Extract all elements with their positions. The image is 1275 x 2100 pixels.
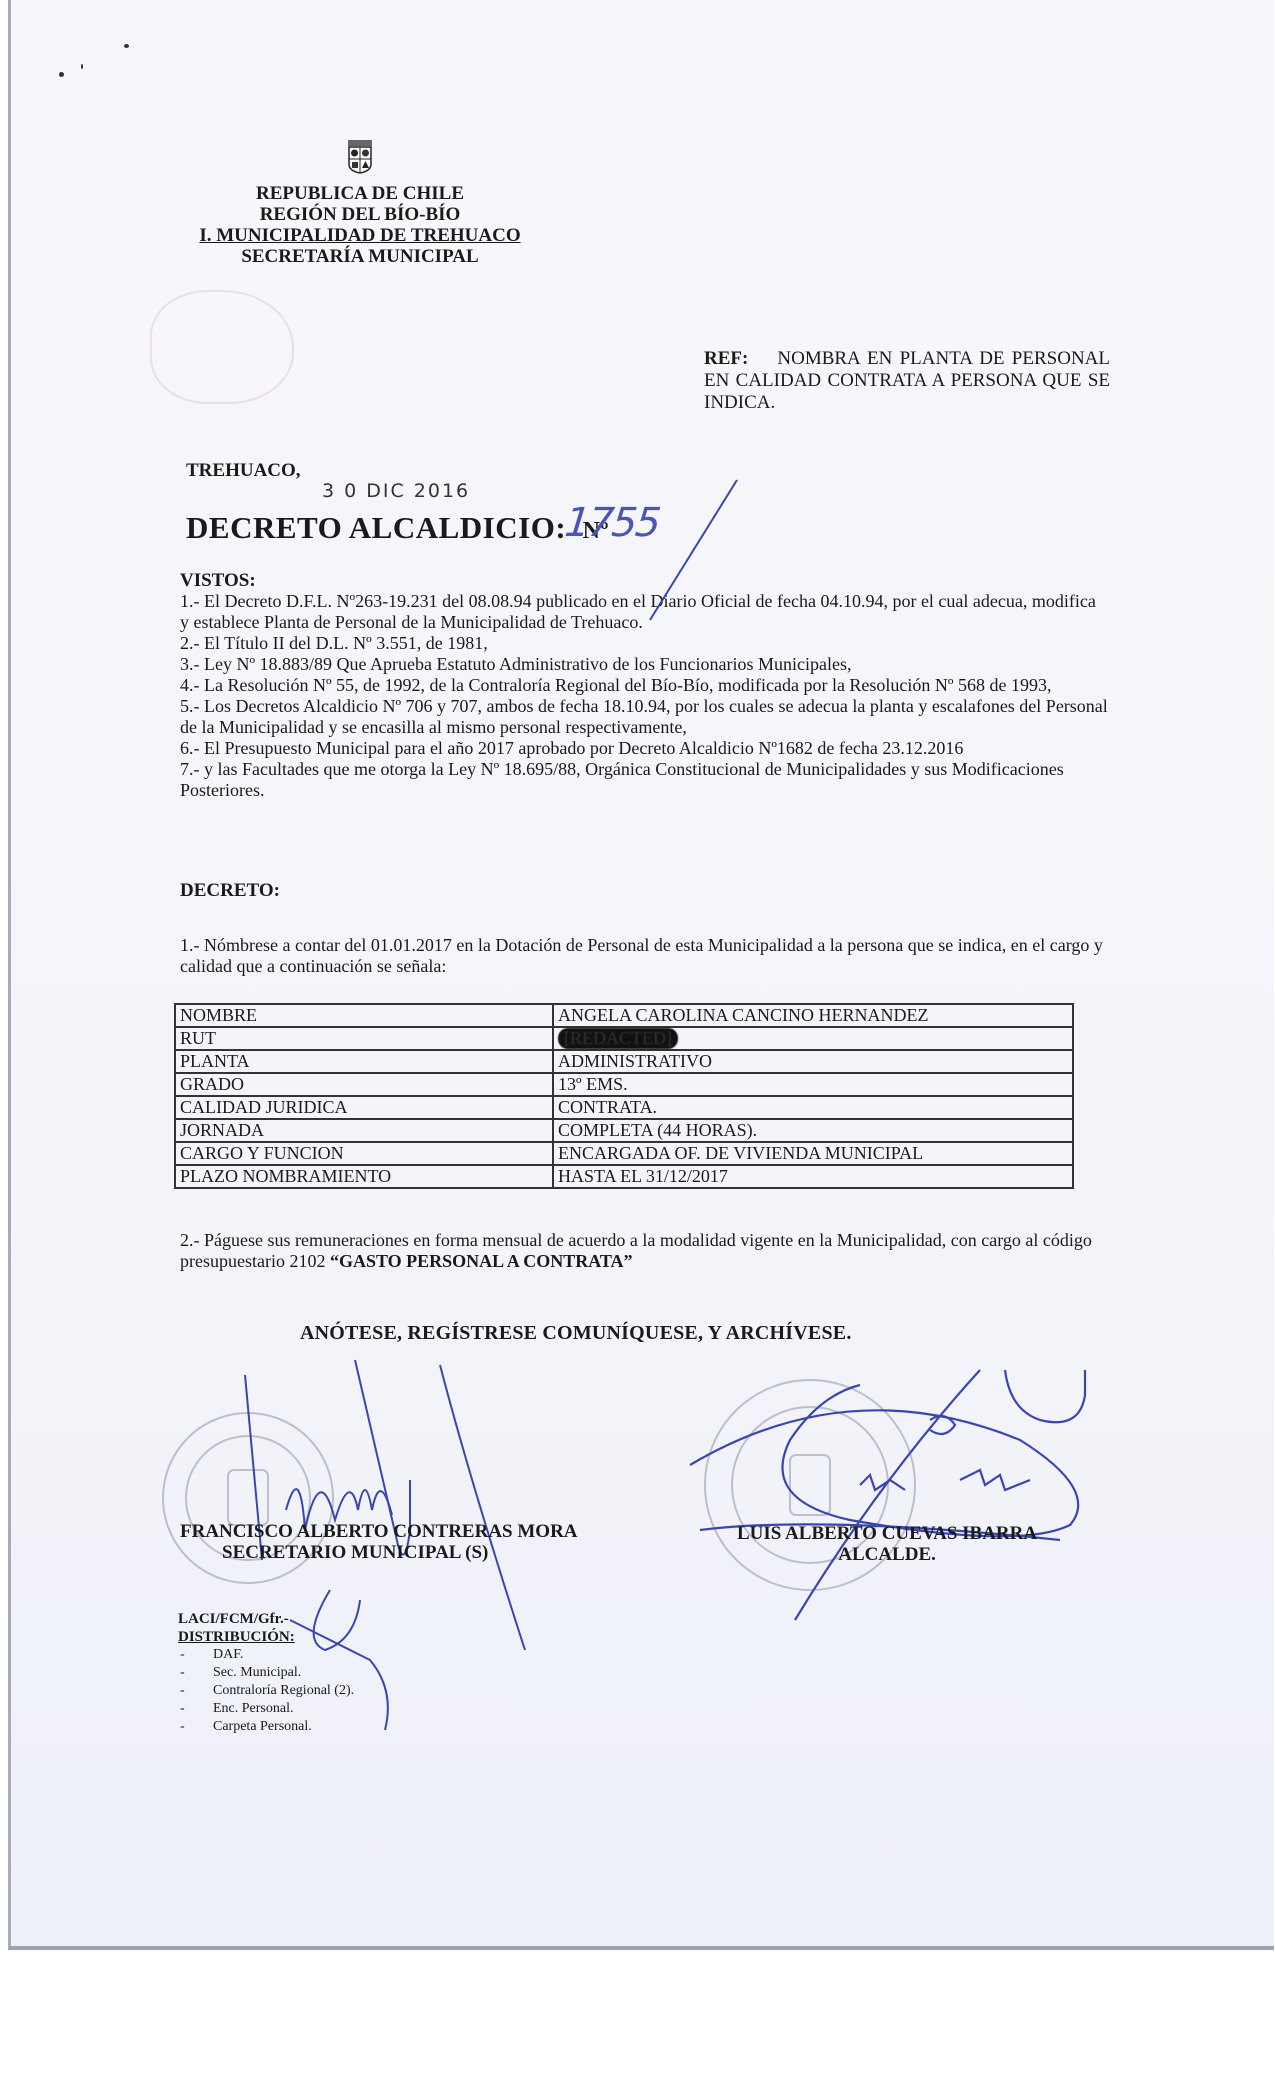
field-label: JORNADA: [175, 1119, 553, 1142]
field-label: CALIDAD JURIDICA: [175, 1096, 553, 1119]
decreto-title: DECRETO:: [180, 880, 1108, 901]
vistos-item: 4.- La Resolución Nº 55, de 1992, de la …: [180, 675, 1108, 696]
field-value: ANGELA CAROLINA CANCINO HERNANDEZ: [553, 1004, 1073, 1027]
header-line: SECRETARÍA MUNICIPAL: [150, 246, 570, 267]
mayor-title: ALCALDE.: [737, 1544, 1037, 1565]
table-row: JORNADACOMPLETA (44 HORAS).: [175, 1119, 1073, 1142]
field-value: ADMINISTRATIVO: [553, 1050, 1073, 1073]
closing-formula: ANÓTESE, REGÍSTRESE COMUNÍQUESE, Y ARCHÍ…: [300, 1322, 852, 1345]
distribution-item: DAF.: [178, 1646, 354, 1664]
field-value: [REDACTED]: [553, 1027, 1073, 1050]
field-value: 13º EMS.: [553, 1073, 1073, 1096]
decree-title: DECRETO ALCALDICIO: Nº: [186, 510, 609, 546]
vistos-item: 2.- El Título II del D.L. Nº 3.551, de 1…: [180, 633, 1108, 654]
vistos-item: 5.- Los Decretos Alcaldicio Nº 706 y 707…: [180, 696, 1108, 738]
field-value: HASTA EL 31/12/2017: [553, 1165, 1073, 1188]
vistos-section: VISTOS: 1.- El Decreto D.F.L. Nº263-19.2…: [180, 570, 1108, 801]
field-label: CARGO Y FUNCION: [175, 1142, 553, 1165]
field-value: COMPLETA (44 HORAS).: [553, 1119, 1073, 1142]
decreto-item-1: 1.- Nómbrese a contar del 01.01.2017 en …: [180, 935, 1108, 977]
distribution-block: LACI/FCM/Gfr.- DISTRIBUCIÓN: DAF.Sec. Mu…: [178, 1610, 354, 1736]
vistos-item: 7.- y las Facultades que me otorga la Le…: [180, 759, 1108, 801]
field-label: GRADO: [175, 1073, 553, 1096]
reference-block: REF: NOMBRA EN PLANTA DE PERSONAL EN CAL…: [704, 348, 1110, 414]
secretary-title: SECRETARIO MUNICIPAL (S): [180, 1542, 578, 1563]
pink-stamp-bleedthrough: [150, 290, 294, 404]
appointment-table: NOMBREANGELA CAROLINA CANCINO HERNANDEZR…: [174, 1003, 1074, 1189]
scan-speck: [81, 64, 83, 69]
field-label: PLAZO NOMBRAMIENTO: [175, 1165, 553, 1188]
header-line: REPUBLICA DE CHILE: [150, 183, 570, 204]
table-row: CARGO Y FUNCIONENCARGADA OF. DE VIVIENDA…: [175, 1142, 1073, 1165]
table-row: NOMBREANGELA CAROLINA CANCINO HERNANDEZ: [175, 1004, 1073, 1027]
letterhead: REPUBLICA DE CHILE REGIÓN DEL BÍO-BÍO I.…: [150, 140, 570, 267]
table-row: CALIDAD JURIDICACONTRATA.: [175, 1096, 1073, 1119]
distribution-item: Contraloría Regional (2).: [178, 1682, 354, 1700]
decree-title-text: DECRETO ALCALDICIO:: [186, 510, 566, 545]
scan-speck: [59, 72, 64, 77]
decreto-item-1-text: 1.- Nómbrese a contar del 01.01.2017 en …: [180, 935, 1108, 977]
vistos-title: VISTOS:: [180, 570, 1108, 591]
distribution-list: DAF.Sec. Municipal.Contraloría Regional …: [178, 1646, 354, 1736]
decreto-section-title: DECRETO:: [180, 880, 1108, 901]
table-row: PLANTAADMINISTRATIVO: [175, 1050, 1073, 1073]
secretary-signature-block: FRANCISCO ALBERTO CONTRERAS MORA SECRETA…: [180, 1521, 578, 1563]
ref-label: REF:: [704, 348, 748, 369]
handwritten-decree-number: 1755: [563, 500, 662, 546]
table-row: GRADO13º EMS.: [175, 1073, 1073, 1096]
drafter-initials: LACI/FCM/Gfr.-: [178, 1610, 354, 1628]
table-row: RUT[REDACTED]: [175, 1027, 1073, 1050]
vistos-item: 6.- El Presupuesto Municipal para el año…: [180, 738, 1108, 759]
field-label: RUT: [175, 1027, 553, 1050]
decreto-item-2-text: 2.- Páguese sus remuneraciones en forma …: [180, 1230, 1092, 1271]
distribution-item: Carpeta Personal.: [178, 1718, 354, 1736]
redacted-value: [REDACTED]: [558, 1028, 678, 1049]
mayor-signature-block: LUIS ALBERTO CUEVAS IBARRA ALCALDE.: [737, 1523, 1037, 1565]
mayor-name: LUIS ALBERTO CUEVAS IBARRA: [737, 1523, 1037, 1544]
scan-speck: [124, 44, 129, 48]
stamped-date: 3 0 DIC 2016: [322, 480, 470, 502]
place: TREHUACO,: [186, 460, 301, 482]
table-row: PLAZO NOMBRAMIENTOHASTA EL 31/12/2017: [175, 1165, 1073, 1188]
header-line: I. MUNICIPALIDAD DE TREHUACO: [150, 225, 570, 246]
distribution-item: Sec. Municipal.: [178, 1664, 354, 1682]
distribution-title: DISTRIBUCIÓN:: [178, 1628, 354, 1646]
field-value: ENCARGADA OF. DE VIVIENDA MUNICIPAL: [553, 1142, 1073, 1165]
decreto-item-2: 2.- Páguese sus remuneraciones en forma …: [180, 1230, 1108, 1272]
secretary-name: FRANCISCO ALBERTO CONTRERAS MORA: [180, 1521, 578, 1542]
vistos-item: 1.- El Decreto D.F.L. Nº263-19.231 del 0…: [180, 591, 1108, 633]
vistos-item: 3.- Ley Nº 18.883/89 Que Aprueba Estatut…: [180, 654, 1108, 675]
budget-code-label: “GASTO PERSONAL A CONTRATA”: [330, 1251, 633, 1271]
distribution-item: Enc. Personal.: [178, 1700, 354, 1718]
field-label: NOMBRE: [175, 1004, 553, 1027]
field-label: PLANTA: [175, 1050, 553, 1073]
municipal-coat-of-arms-icon: [346, 140, 374, 174]
ref-text: NOMBRA EN PLANTA DE PERSONAL EN CALIDAD …: [704, 348, 1110, 413]
header-line: REGIÓN DEL BÍO-BÍO: [150, 204, 570, 225]
field-value: CONTRATA.: [553, 1096, 1073, 1119]
